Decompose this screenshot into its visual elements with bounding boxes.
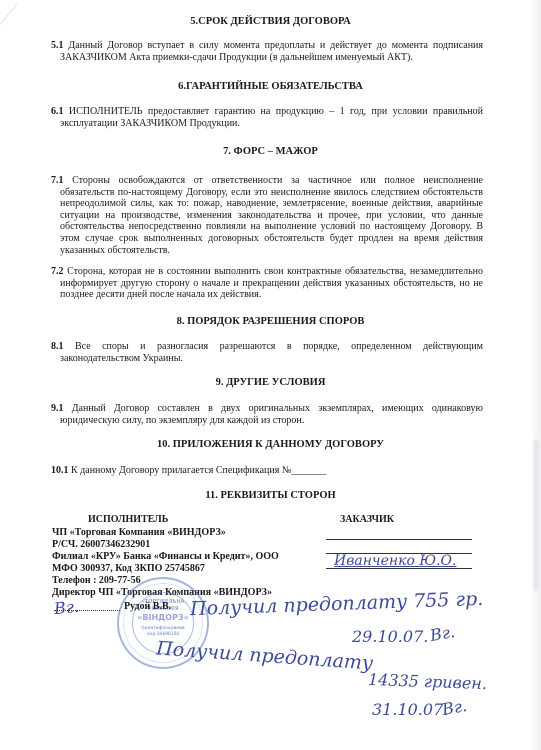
clause-number: 7.1: [51, 175, 64, 186]
stamp-text: (ідентифікаційний: [119, 625, 207, 630]
contractor-bank: Филиал «КРУ» Банка «Финансы и Кредит», О…: [52, 551, 312, 563]
section-title-8: 8. ПОРЯДОК РАЗРЕШЕНИЯ СПОРОВ: [0, 316, 541, 327]
clause-text: Данный Договор составлен в двух оригинал…: [60, 403, 483, 426]
section-title-10: 10. ПРИЛОЖЕНИЯ К ДАННОМУ ДОГОВОРУ: [0, 439, 541, 450]
clause-text: К данному Договору прилагается Специфика…: [69, 465, 327, 476]
clause-number: 6.1: [51, 106, 64, 117]
handwritten-initials-2: Вг.: [441, 696, 469, 719]
clause-text: ИСПОЛНИТЕЛЬ предоставляет гарантию на пр…: [60, 106, 483, 129]
clause-7-2: 7.2 Сторона, которая не в состоянии выпо…: [51, 266, 483, 301]
handwritten-initials-1: Вг.: [429, 622, 457, 645]
handwritten-note-2: Получил предоплату: [155, 637, 373, 674]
clause-text: Стороны освобождаются от ответственности…: [60, 175, 483, 256]
stamp-text: код 34606154: [119, 631, 207, 636]
page-edge: [531, 0, 541, 750]
clause-number: 8.1: [51, 341, 64, 352]
customer-line-1: [326, 539, 472, 540]
clause-number: 7.2: [51, 266, 64, 277]
clause-number: 5.1: [51, 40, 64, 51]
handwritten-date-1: 29.10.07.: [352, 627, 428, 646]
customer-handwritten-name: Иванченко Ю.О.: [334, 553, 456, 569]
section-title-5: 5.СРОК ДЕЙСТВИЯ ДОГОВОРА: [0, 16, 541, 27]
clause-8-1: 8.1 Все споры и разногласия разрешаются …: [51, 341, 483, 364]
contractor-company: ЧП «Торговая Компания «ВИНДОРЗ»: [52, 527, 312, 539]
clause-7-1: 7.1 Стороны освобождаются от ответственн…: [51, 175, 483, 256]
clause-text: Данный Договор вступает в силу момента п…: [60, 40, 483, 63]
contractor-heading: ИСПОЛНИТЕЛЬ: [88, 514, 168, 525]
director-signature-line: [54, 610, 120, 611]
clause-10-1: 10.1 К данному Договору прилагается Спец…: [51, 465, 483, 477]
director-signature: Вг.: [53, 597, 80, 619]
contract-page: 5.СРОК ДЕЙСТВИЯ ДОГОВОРА 5.1 Данный Дого…: [0, 0, 541, 750]
clause-number: 10.1: [51, 465, 69, 476]
clause-number: 9.1: [51, 403, 64, 414]
section-title-6: 6.ГАРАНТИЙНЫЕ ОБЯЗАТЕЛЬСТВА: [0, 81, 541, 92]
page-shadow: [534, 440, 538, 590]
handwritten-date-2: 31.10.07.: [372, 700, 448, 719]
section-title-7: 7. ФОРС – МАЖОР: [0, 146, 541, 157]
handwritten-amount: 14335 гривен.: [368, 670, 488, 693]
contractor-mfo: МФО 300937, Код ЗКПО 25745867: [52, 563, 312, 575]
section-title-11: 11. РЕКВИЗИТЫ СТОРОН: [0, 490, 541, 501]
clause-text: Сторона, которая не в состоянии выполнит…: [60, 266, 483, 300]
customer-heading: ЗАКАЗЧИК: [340, 514, 394, 525]
clause-6-1: 6.1 ИСПОЛНИТЕЛЬ предоставляет гарантию н…: [51, 106, 483, 129]
clause-5-1: 5.1 Данный Договор вступает в силу момен…: [51, 40, 483, 63]
clause-text: Все споры и разногласия разрешаются в по…: [60, 341, 483, 364]
clause-9-1: 9.1 Данный Договор составлен в двух ориг…: [51, 403, 483, 426]
section-title-9: 9. ДРУГИЕ УСЛОВИЯ: [0, 377, 541, 388]
contractor-account: Р/СЧ. 26007346232901: [52, 539, 312, 551]
